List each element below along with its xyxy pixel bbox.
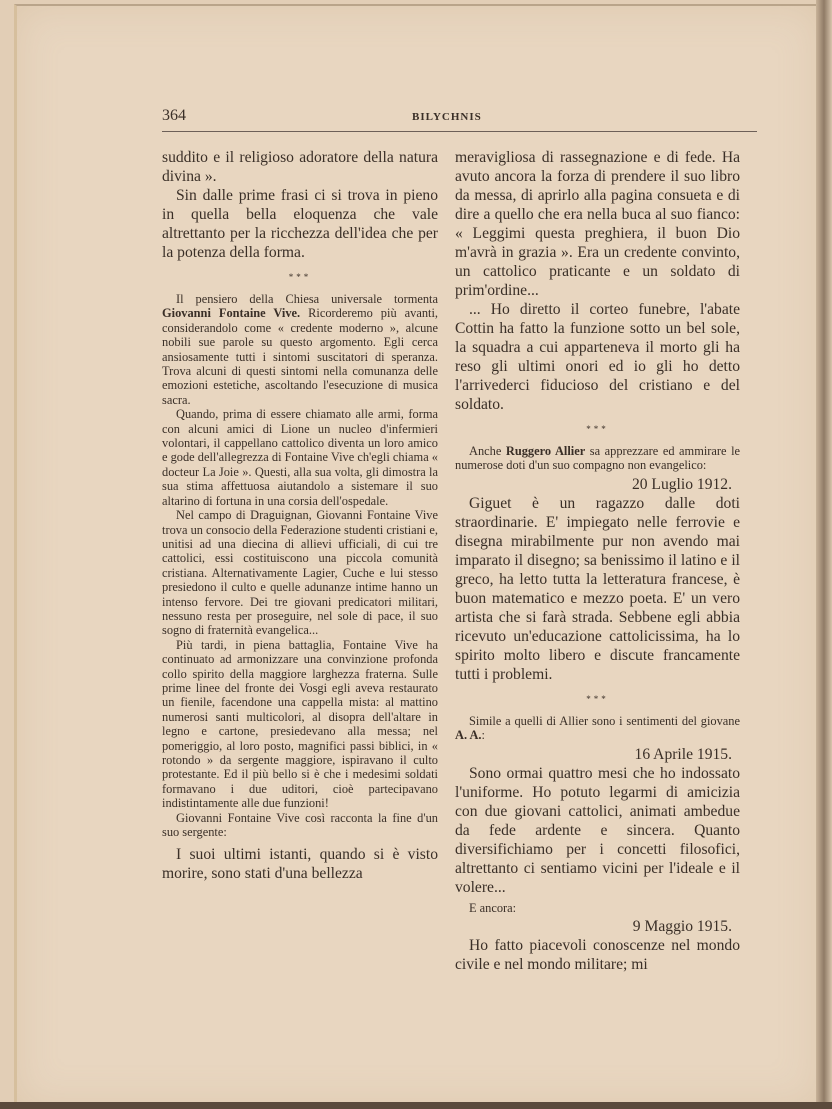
paragraph: Nel campo di Draguignan, Giovanni Fontai… [162, 508, 438, 638]
left-column: suddito e il religioso adoratore della n… [162, 148, 438, 883]
quote-paragraph: Ho fatto piacevoli conoscenze nel mondo … [455, 936, 740, 974]
text: Ricorderemo più avanti, considerandolo c… [162, 306, 438, 406]
text: Simile a quelli di Allier sono i sentime… [469, 714, 740, 728]
section-divider: *** [455, 694, 740, 704]
bold-name: A. A. [455, 728, 482, 742]
section-divider: *** [162, 272, 438, 282]
paragraph: Simile a quelli di Allier sono i sentime… [455, 714, 740, 743]
page-header: 364 BILYCHNIS [162, 105, 757, 132]
text: Il pensiero della Chiesa universale torm… [176, 292, 438, 306]
bold-name: Giovanni Fontaine Vive. [162, 306, 300, 320]
paragraph: suddito e il religioso adoratore della n… [162, 148, 438, 186]
paragraph: Più tardi, in piena battaglia, Fontaine … [162, 638, 438, 811]
quote-paragraph: I suoi ultimi istanti, quando si è visto… [162, 845, 438, 883]
quote-paragraph: Giguet è un ragazzo dalle doti straordin… [455, 494, 740, 684]
section-divider: *** [455, 424, 740, 434]
paragraph: Giovanni Fontaine Vive così racconta la … [162, 811, 438, 840]
page-number: 364 [162, 107, 186, 125]
paragraph: Quando, prima di essere chiamato alle ar… [162, 407, 438, 508]
right-column: meravigliosa di rassegnazione e di fede.… [455, 148, 740, 974]
quote-paragraph: ... Ho diretto il corteo funebre, l'abat… [455, 300, 740, 414]
letter-date: 20 Luglio 1912. [455, 475, 740, 494]
page-edge-shadow [816, 0, 832, 1109]
text: : [482, 728, 485, 742]
paragraph: Sin dalle prime frasi ci si trova in pie… [162, 186, 438, 262]
text: Anche [469, 444, 506, 458]
quote-paragraph: Sono ormai quattro mesi che ho indossato… [455, 764, 740, 897]
quote-paragraph: meravigliosa di rassegnazione e di fede.… [455, 148, 740, 300]
paragraph: Il pensiero della Chiesa universale torm… [162, 292, 438, 407]
letter-date: 16 Aprile 1915. [455, 745, 740, 764]
paragraph: Anche Ruggero Allier sa apprezzare ed am… [455, 444, 740, 473]
running-title: BILYCHNIS [412, 111, 482, 123]
letter-date: 9 Maggio 1915. [455, 917, 740, 936]
paragraph: E ancora: [455, 901, 740, 915]
page-bottom-edge [0, 1102, 832, 1109]
bold-name: Ruggero Allier [506, 444, 585, 458]
